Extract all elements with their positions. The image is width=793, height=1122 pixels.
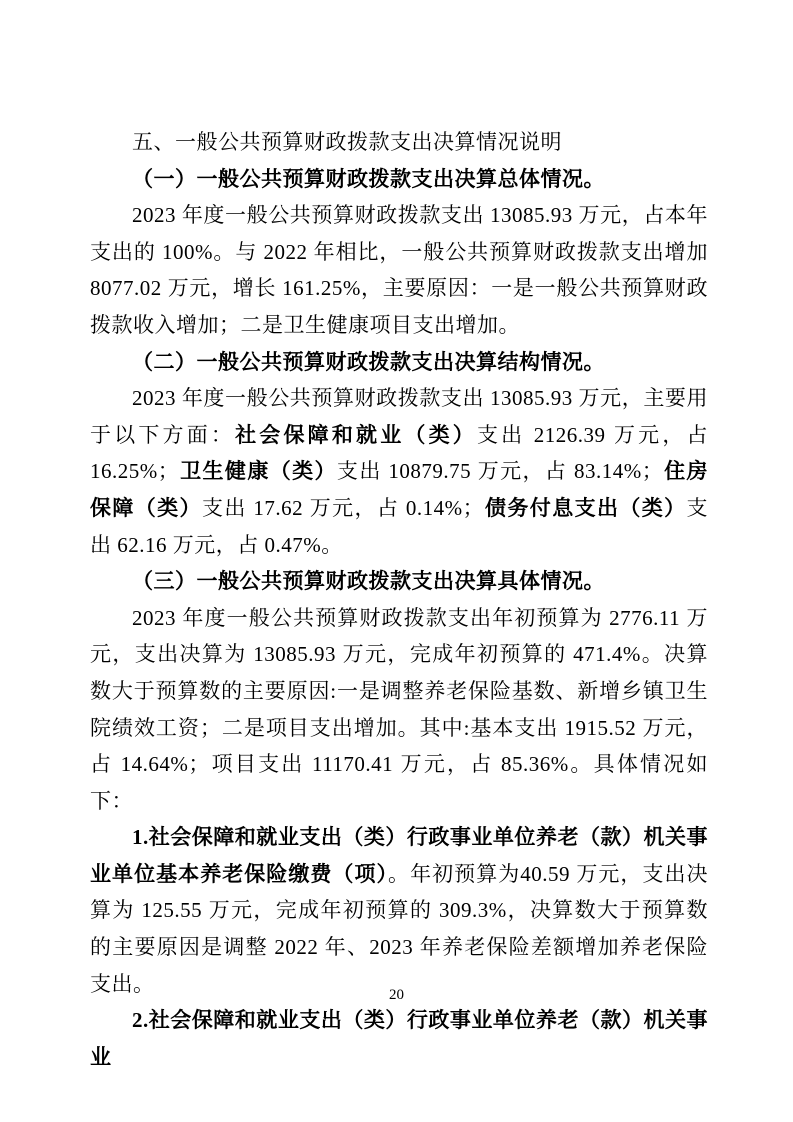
text-run: 2023 年度一般公共预算财政拨款支出年初预算为 2776.11 万元，支出决算… xyxy=(90,606,708,813)
text-run: 2.社会保障和就业支出（类）行政事业单位养老（款）机关事业 xyxy=(90,1008,708,1069)
section-heading: 五、一般公共预算财政拨款支出决算情况说明 xyxy=(90,124,708,161)
paragraph: 2.社会保障和就业支出（类）行政事业单位养老（款）机关事业 xyxy=(90,1002,708,1075)
section-heading: （二）一般公共预算财政拨款支出决算结构情况。 xyxy=(90,344,708,381)
page-number: 20 xyxy=(0,985,793,1005)
text-run: 社会保障和就业（类） xyxy=(235,423,477,447)
text-run: （二）一般公共预算财政拨款支出决算结构情况。 xyxy=(132,350,605,374)
paragraph: 2023 年度一般公共预算财政拨款支出年初预算为 2776.11 万元，支出决算… xyxy=(90,600,708,820)
section-heading: （一）一般公共预算财政拨款支出决算总体情况。 xyxy=(90,161,708,198)
paragraph: 1.社会保障和就业支出（类）行政事业单位养老（款）机关事业单位基本养老保险缴费（… xyxy=(90,819,708,1002)
text-run: 支出 17.62 万元，占 0.14%； xyxy=(202,496,484,520)
text-run: （三）一般公共预算财政拨款支出决算具体情况。 xyxy=(132,569,605,593)
document-body: 五、一般公共预算财政拨款支出决算情况说明（一）一般公共预算财政拨款支出决算总体情… xyxy=(90,124,708,1075)
paragraph: 2023 年度一般公共预算财政拨款支出 13085.93 万元，主要用于以下方面… xyxy=(90,380,708,563)
paragraph: 2023 年度一般公共预算财政拨款支出 13085.93 万元，占本年支出的 1… xyxy=(90,197,708,343)
text-run: 债务付息支出（类） xyxy=(484,496,686,520)
section-heading: （三）一般公共预算财政拨款支出决算具体情况。 xyxy=(90,563,708,600)
text-run: 支出 10879.75 万元，占 83.14%； xyxy=(337,459,663,483)
text-run: 2023 年度一般公共预算财政拨款支出 13085.93 万元，占本年支出的 1… xyxy=(90,203,708,337)
text-run: （一）一般公共预算财政拨款支出决算总体情况。 xyxy=(132,167,605,191)
text-run: 五、一般公共预算财政拨款支出决算情况说明 xyxy=(132,130,562,154)
document-page: 五、一般公共预算财政拨款支出决算情况说明（一）一般公共预算财政拨款支出决算总体情… xyxy=(0,0,793,1122)
text-run: 卫生健康（类） xyxy=(179,459,337,483)
